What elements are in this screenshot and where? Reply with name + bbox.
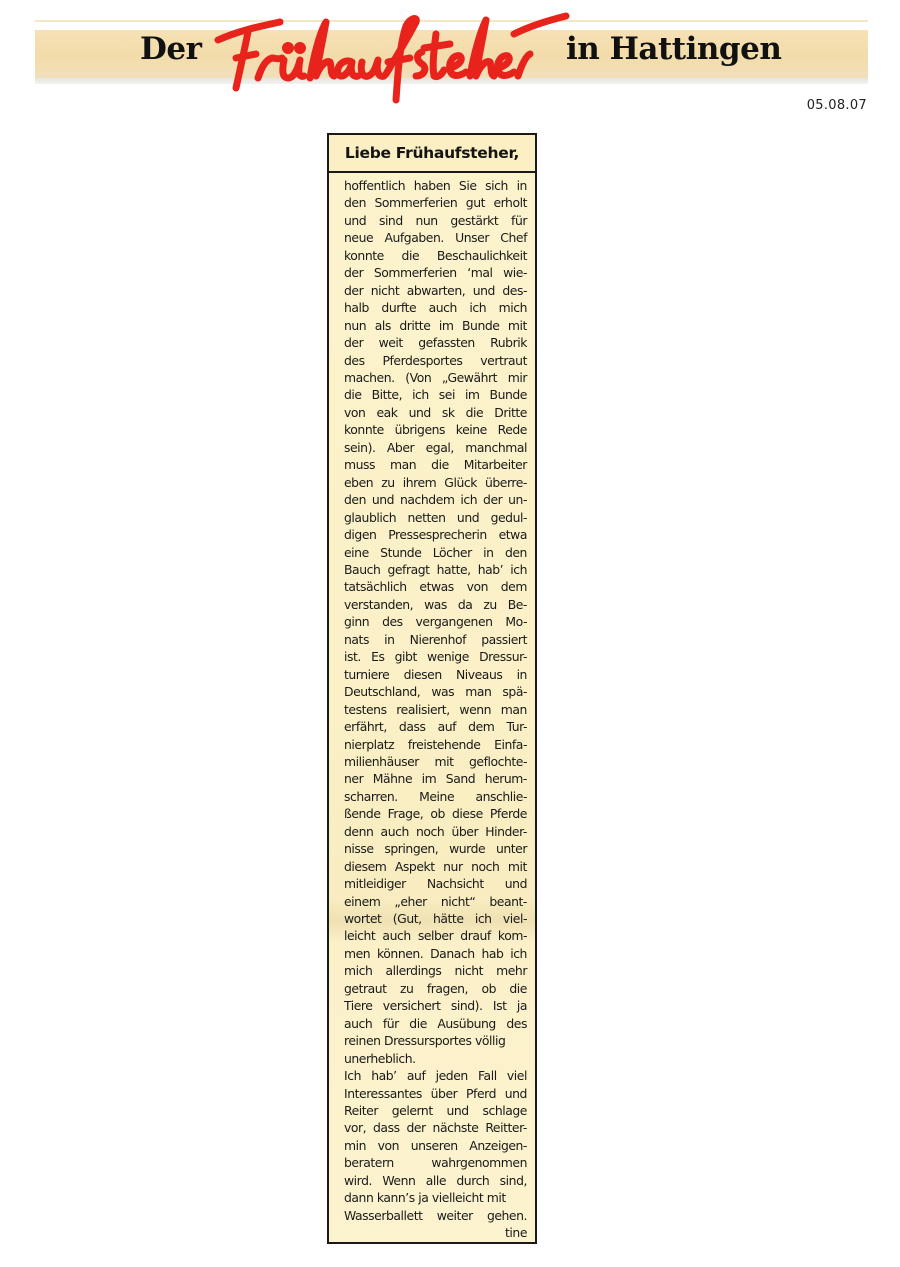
article-line: michallerdingsnichtmehr bbox=[344, 962, 527, 979]
article-line: einem„ehernicht“beant- bbox=[344, 893, 527, 910]
article-line: tatsächlichetwasvondem bbox=[344, 578, 527, 595]
article-line: auchfürdieAusübungdes bbox=[344, 1015, 527, 1032]
article-line: denundnachdemichderun- bbox=[344, 491, 527, 508]
article-line: Wasserballettweitergehen. bbox=[344, 1207, 527, 1224]
article-line: sein).Aberegal,manchmal bbox=[344, 439, 527, 456]
masthead-suffix: in Hattingen bbox=[566, 31, 781, 67]
article-line: denSommerferienguterholt bbox=[344, 194, 527, 211]
article-line: konntedieBeschaulichkeit bbox=[344, 247, 527, 264]
article-line: ist.EsgibtwenigeDressur- bbox=[344, 648, 527, 665]
article-line: dernichtabwarten,unddes- bbox=[344, 282, 527, 299]
article-line: verstanden,wasdazuBe- bbox=[344, 596, 527, 613]
article-line: mitleidigerNachsichtund bbox=[344, 875, 527, 892]
article-line: erfährt,dassaufdemTur- bbox=[344, 718, 527, 735]
article-line: Reitergelerntundschlage bbox=[344, 1102, 527, 1119]
article-line: ebenzuihremGlücküberre- bbox=[344, 474, 527, 491]
article-line: nierplatzfreistehendeEinfa- bbox=[344, 736, 527, 753]
article-line: Deutschland,wasmanspä- bbox=[344, 683, 527, 700]
article-line: vor,dassdernächsteReitter- bbox=[344, 1119, 527, 1136]
masthead-prefix: Der bbox=[140, 31, 201, 67]
article-line: Ichhab’aufjedenFallviel bbox=[344, 1067, 527, 1084]
article-line: undsindnungestärktfür bbox=[344, 212, 527, 229]
article-line: neueAufgaben.UnserChef bbox=[344, 229, 527, 246]
publication-date: 05.08.07 bbox=[807, 98, 867, 113]
article-line: eineStundeLöcherinden bbox=[344, 544, 527, 561]
article-line: natsinNierenhofpassiert bbox=[344, 631, 527, 648]
article-line: dann kann’s ja vielleicht mit bbox=[344, 1189, 527, 1206]
article-box: Liebe Frühaufsteher, hoffentlichhabenSie… bbox=[327, 133, 537, 1244]
masthead-script-logo bbox=[210, 4, 570, 104]
article-line: InteressantesüberPferdund bbox=[344, 1085, 527, 1102]
author-signature: tine bbox=[344, 1224, 527, 1241]
article-body: hoffentlichhabenSiesichindenSommerferien… bbox=[329, 173, 535, 1242]
article-line: ginndesvergangenenMo- bbox=[344, 613, 527, 630]
article-line: desPferdesportesvertraut bbox=[344, 352, 527, 369]
article-line: ßendeFrage,obdiesePferde bbox=[344, 805, 527, 822]
article-line: Bauchgefragthatte,hab’ich bbox=[344, 561, 527, 578]
article-line: minvonunserenAnzeigen- bbox=[344, 1137, 527, 1154]
article-line: halbdurfteauchichmich bbox=[344, 299, 527, 316]
article-line: wortet(Gut,hätteichviel- bbox=[344, 910, 527, 927]
article-line: diesemAspektnurnochmit bbox=[344, 858, 527, 875]
article-heading-bar: Liebe Frühaufsteher, bbox=[329, 135, 535, 173]
article-line: leichtauchselberdraufkom- bbox=[344, 927, 527, 944]
article-line: beraternwahrgenommen bbox=[344, 1154, 527, 1171]
article-line: glaublichnettenundgedul- bbox=[344, 509, 527, 526]
article-line: voneakundskdieDritte bbox=[344, 404, 527, 421]
article-line: machen.(Von„Gewährtmir bbox=[344, 369, 527, 386]
article-line: mussmandieMitarbeiter bbox=[344, 456, 527, 473]
article-line: hoffentlichhabenSiesichin bbox=[344, 177, 527, 194]
article-line: dennauchnochüberHinder- bbox=[344, 823, 527, 840]
article-line: derSommerferien‘malwie- bbox=[344, 264, 527, 281]
article-line: digenPressesprecherinetwa bbox=[344, 526, 527, 543]
article-line: turnierediesenNiveausin bbox=[344, 666, 527, 683]
article-line: milienhäusermitgeflochte- bbox=[344, 753, 527, 770]
article-line: unerheblich. bbox=[344, 1050, 527, 1067]
article-line: nissespringen,wurdeunter bbox=[344, 840, 527, 857]
article-line: nerMähneimSandherum- bbox=[344, 770, 527, 787]
article-line: nunalsdritteimBundemit bbox=[344, 317, 527, 334]
article-line: testensrealisiert,wennman bbox=[344, 701, 527, 718]
article-line: getrautzufragen,obdie bbox=[344, 980, 527, 997]
article-line: scharren.Meineanschlie- bbox=[344, 788, 527, 805]
article-line: wird.Wennalledurchsind, bbox=[344, 1172, 527, 1189]
article-heading: Liebe Frühaufsteher, bbox=[345, 144, 519, 162]
article-line: konnteübrigenskeineRede bbox=[344, 421, 527, 438]
article-line: reinen Dressursportes völlig bbox=[344, 1032, 527, 1049]
article-line: menkönnen.Danachhabich bbox=[344, 945, 527, 962]
article-line: derweitgefasstenRubrik bbox=[344, 334, 527, 351]
article-line: dieBitte,ichseiimBunde bbox=[344, 386, 527, 403]
article-line: Tiereversichertsind).Istja bbox=[344, 997, 527, 1014]
